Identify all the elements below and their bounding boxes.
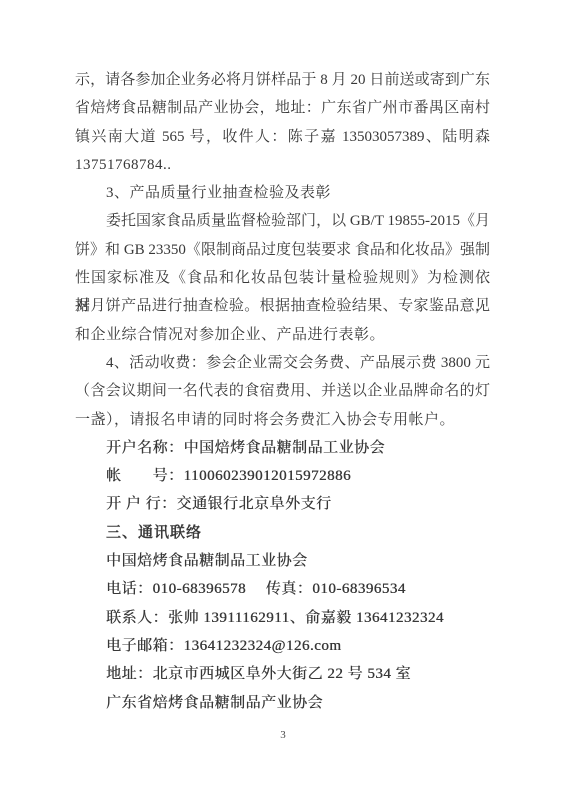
para-inspection-line-5: 和企业综合情况对参加企业、产品进行表彰。 xyxy=(75,321,490,349)
para-fee-line-3: 一盏），请报名申请的同时将会务费汇入协会专用帐户。 xyxy=(75,406,490,434)
para-sample-submission-line-4: 13751768784.. xyxy=(75,151,490,179)
bank-account-number: 帐 号：110060239012015972886 xyxy=(75,462,490,490)
bank-account-name: 开户名称：中国焙烤食品糖制品工业协会 xyxy=(75,434,490,462)
document-body: 示，请各参加企业务必将月饼样品于 8 月 20 日前送或寄到广东 省焙烤食品糖制… xyxy=(75,66,490,717)
para-sample-submission-line-2: 省焙烤食品糖制品产业协会，地址：广东省广州市番禺区南村 xyxy=(75,94,490,122)
para-fee-line-1: 4、活动收费：参会企业需交会务费、产品展示费 3800 元 xyxy=(75,349,490,377)
document-page: 示，请各参加企业务必将月饼样品于 8 月 20 日前送或寄到广东 省焙烤食品糖制… xyxy=(0,0,566,800)
contact-address: 地址：北京市西城区阜外大街乙 22 号 534 室 xyxy=(75,660,490,688)
para-inspection-line-1: 委托国家食品质量监督检验部门，以 GB/T 19855-2015《月 xyxy=(75,207,490,235)
heading-item-3: 3、产品质量行业抽查检验及表彰 xyxy=(75,179,490,207)
contact-org-gd: 广东省焙烤食品糖制品产业协会 xyxy=(75,689,490,717)
para-fee-line-2: （含会议期间一名代表的食宿费用、并送以企业品牌命名的灯 xyxy=(75,377,490,405)
para-inspection-line-4: 对月饼产品进行抽查检验。根据抽查检验结果、专家鉴品意见 xyxy=(75,292,490,320)
bank-name: 开 户 行：交通银行北京阜外支行 xyxy=(75,490,490,518)
para-sample-submission-line-1: 示，请各参加企业务必将月饼样品于 8 月 20 日前送或寄到广东 xyxy=(75,66,490,94)
para-sample-submission-line-3: 镇兴南大道 565 号，收件人：陈子嘉 13503057389、陆明森 xyxy=(75,123,490,151)
contact-phone-fax: 电话：010-68396578 传真：010-68396534 xyxy=(75,575,490,603)
contact-persons: 联系人：张帅 13911162911、俞嘉毅 13641232324 xyxy=(75,604,490,632)
contact-email: 电子邮箱：13641232324@126.com xyxy=(75,632,490,660)
page-number: 3 xyxy=(0,729,566,741)
contact-org-cn: 中国焙烤食品糖制品工业协会 xyxy=(75,547,490,575)
heading-communication: 三、通讯联络 xyxy=(75,519,490,547)
para-inspection-line-2: 饼》和 GB 23350《限制商品过度包装要求 食品和化妆品》强制 xyxy=(75,236,490,264)
para-inspection-line-3: 性国家标准及《食品和化妆品包装计量检验规则》为检测依据， xyxy=(75,264,490,292)
